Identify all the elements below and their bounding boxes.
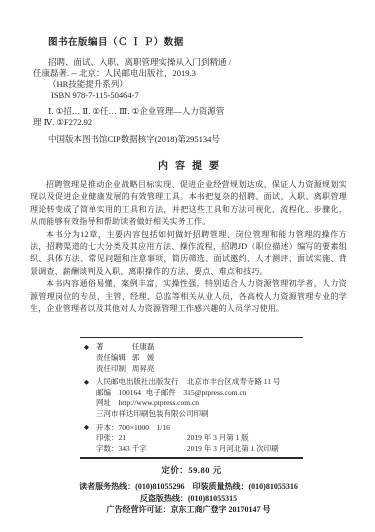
diamond-bullet-icon: ◆ <box>84 378 89 389</box>
wordcount-value: 字数：343 千字 <box>96 444 185 455</box>
summary-title: 内容提要 <box>30 157 347 172</box>
format-value: 开本：700×1000 1/16 <box>96 423 170 432</box>
website-value: 网址 http://www.ptpress.com.cn <box>96 398 199 407</box>
colophon-printer-row: 三河市祥达印刷包装有限公司印刷 <box>96 409 303 420</box>
summary-paragraph-2: 本书分为12章，主要内容包括如何做好招聘管理、岗位管理和能力管理的操作方法，招聘… <box>30 229 347 279</box>
cip-classification-block: Ⅰ. ①招… Ⅱ. ①任… Ⅲ. ①企业管理—人力资源管 理 Ⅳ. ①F272.… <box>33 106 347 128</box>
book-copyright-page: 图书在版编目（Ｃ Ｉ Ｐ）数据 招聘、面试、入职、离职管理实操从入门到精通 / … <box>0 0 375 532</box>
cip-title-line: 招聘、面试、入职、离职管理实操从入门到精通 / <box>33 57 347 68</box>
colophon-editor-row: 责任编辑 郭 媛 <box>96 353 303 364</box>
hotlines-block: 读者服务热线：(010)81055296 印装质量热线：(010)8105531… <box>30 481 347 515</box>
cip-record-block: 招聘、面试、入职、离职管理实操从入门到精通 / 任康磊著. -- 北京：人民邮电… <box>33 57 347 101</box>
postcode-value: 邮编 100164 <box>96 388 144 399</box>
ad-license-line: 广告经营许可证：京东工商广登字 20170147 号 <box>30 504 347 515</box>
colophon-sheets-row: 印张：21 2019 年 3 月第 1 版 <box>96 433 303 444</box>
classification-line-1: Ⅰ. ①招… Ⅱ. ①任… Ⅲ. ①企业管理—人力资源管 <box>33 106 347 117</box>
colophon-postcode-row: 邮编 100164 电子邮件 315@ptpress.com.cn <box>96 388 303 399</box>
cip-author-line: 任康磊著. -- 北京：人民邮电出版社，2019.3 <box>33 68 347 79</box>
sheets-value: 印张：21 <box>96 433 185 444</box>
diamond-bullet-icon: ◆ <box>84 423 89 434</box>
colophon-box: ◆ 著 任康磊 责任编辑 郭 媛 责任印制 周昇亮 ◆ 人民邮电出版社出版发行 … <box>80 337 303 459</box>
summary-body: 招聘管理是推动企业战略目标实现、促进企业经营规划达成、保证人力资源规划实现以及促… <box>30 179 347 315</box>
reader-service-hotline: 读者服务热线：(010)81055296 印装质量热线：(010)8105531… <box>30 481 347 492</box>
cip-series-line: （HR技能提升系列） <box>33 79 347 90</box>
colophon-wordcount-row: 字数：343 千字 2019 年 3 月河北第 1 次印刷 <box>96 444 303 455</box>
edition-value: 2019 年 3 月第 1 版 <box>187 433 249 442</box>
author-value: 任康磊 <box>132 342 155 351</box>
summary-paragraph-1: 招聘管理是推动企业战略目标实现、促进企业经营规划达成、保证人力资源规划实现以及促… <box>30 179 347 229</box>
publisher-address: 北京市丰台区成寿寺路 11 号 <box>187 377 280 386</box>
summary-paragraph-3: 本书内容通俗易懂，案例丰富，实操性强，特别适合人力资源管理初学者，人力资源管理岗… <box>30 278 347 315</box>
anti-piracy-hotline: 反盗版热线：(010)81055315 <box>30 493 347 504</box>
printer-company: 三河市祥达印刷包装有限公司印刷 <box>96 409 209 418</box>
impression-value: 2019 年 3 月河北第 1 次印刷 <box>187 444 279 453</box>
colophon-publisher-row: ◆ 人民邮电出版社出版发行 北京市丰台区成寿寺路 11 号 <box>96 377 303 388</box>
cip-isbn-line: ISBN 978-7-115-50464-7 <box>33 90 347 101</box>
print-supervisor-value: 周昇亮 <box>132 364 155 373</box>
classification-line-2: 理 Ⅳ. ①F272.92 <box>33 117 347 128</box>
diamond-bullet-icon: ◆ <box>84 343 89 354</box>
author-label: 著 <box>96 342 130 353</box>
print-supervisor-label: 责任印制 <box>96 364 130 375</box>
cip-record-number: 中国版本图书馆CIP数据核字(2018)第295134号 <box>33 134 347 145</box>
editor-label: 责任编辑 <box>96 353 130 364</box>
colophon-website-row: 网址 http://www.ptpress.com.cn <box>96 398 303 409</box>
colophon-author-row: ◆ 著 任康磊 <box>96 342 303 353</box>
editor-value: 郭 媛 <box>132 353 155 362</box>
publisher-name: 人民邮电出版社出版发行 <box>96 377 185 388</box>
colophon-format-row: ◆ 开本：700×1000 1/16 <box>96 423 303 434</box>
email-value: 电子邮件 315@ptpress.com.cn <box>146 388 247 397</box>
colophon-print-supervisor-row: 责任印制 周昇亮 <box>96 364 303 375</box>
price-line: 定价：59.80 元 <box>80 464 303 476</box>
cip-header: 图书在版编目（Ｃ Ｉ Ｐ）数据 <box>30 34 347 48</box>
